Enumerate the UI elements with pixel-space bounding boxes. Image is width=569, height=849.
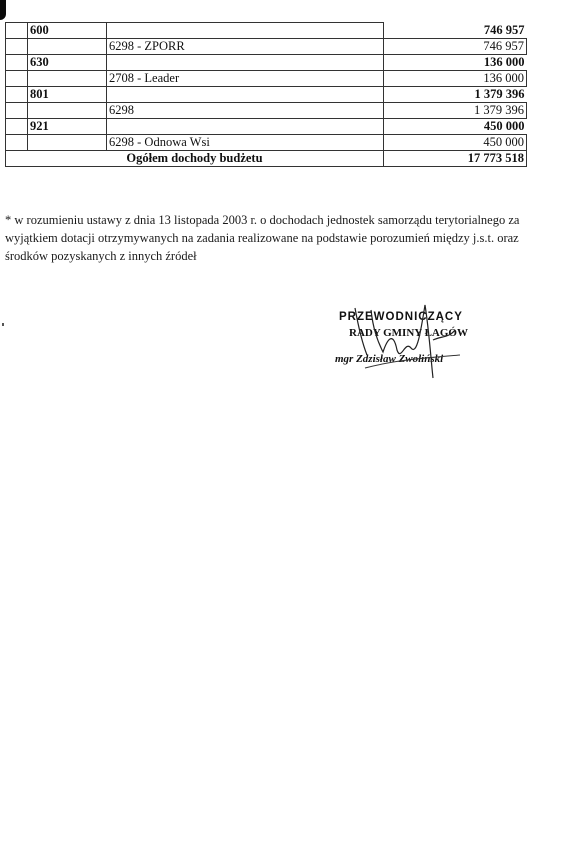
description-cell	[107, 55, 384, 71]
table-row: 6298 - Odnowa Wsi450 000	[6, 135, 527, 151]
blank-cell	[6, 39, 28, 55]
handwritten-signature	[325, 300, 495, 380]
amount-cell: 136 000	[384, 71, 527, 87]
blank-cell	[6, 103, 28, 119]
description-cell: 2708 - Leader	[107, 71, 384, 87]
table-total-row: Ogółem dochody budżetu17 773 518	[6, 151, 527, 167]
scan-corner-mark	[0, 0, 6, 20]
amount-cell: 450 000	[384, 119, 527, 135]
signature-stamp: PRZEWODNICZĄCY RADY GMINY ŁAGÓW mgr Zdzi…	[325, 300, 495, 380]
amount-cell: 1 379 396	[384, 103, 527, 119]
blank-cell	[6, 23, 28, 39]
amount-cell: 136 000	[384, 55, 527, 71]
amount-cell: 746 957	[384, 39, 527, 55]
description-cell	[107, 23, 384, 39]
section-code-cell	[28, 103, 107, 119]
description-cell	[107, 87, 384, 103]
blank-cell	[6, 135, 28, 151]
section-code-cell	[28, 39, 107, 55]
table-section-row: 921450 000	[6, 119, 527, 135]
scan-speck	[2, 323, 4, 326]
section-code-cell	[28, 135, 107, 151]
footnote: * w rozumieniu ustawy z dnia 13 listopad…	[5, 211, 535, 265]
description-cell: 6298 - ZPORR	[107, 39, 384, 55]
budget-income-table: 600746 9576298 - ZPORR746 957630136 0002…	[5, 22, 527, 167]
blank-cell	[6, 119, 28, 135]
blank-cell	[6, 87, 28, 103]
blank-cell	[6, 55, 28, 71]
section-code-cell: 630	[28, 55, 107, 71]
table-row: 2708 - Leader136 000	[6, 71, 527, 87]
table-row: 62981 379 396	[6, 103, 527, 119]
total-label: Ogółem dochody budżetu	[6, 151, 384, 167]
section-code-cell: 921	[28, 119, 107, 135]
total-amount: 17 773 518	[384, 151, 527, 167]
table-section-row: 8011 379 396	[6, 87, 527, 103]
table-row: 6298 - ZPORR746 957	[6, 39, 527, 55]
section-code-cell: 801	[28, 87, 107, 103]
amount-cell: 1 379 396	[384, 87, 527, 103]
table-section-row: 630136 000	[6, 55, 527, 71]
description-cell: 6298	[107, 103, 384, 119]
description-cell	[107, 119, 384, 135]
blank-cell	[6, 71, 28, 87]
description-cell: 6298 - Odnowa Wsi	[107, 135, 384, 151]
section-code-cell: 600	[28, 23, 107, 39]
table-section-row: 600746 957	[6, 23, 527, 39]
section-code-cell	[28, 71, 107, 87]
amount-cell: 746 957	[384, 23, 527, 39]
amount-cell: 450 000	[384, 135, 527, 151]
